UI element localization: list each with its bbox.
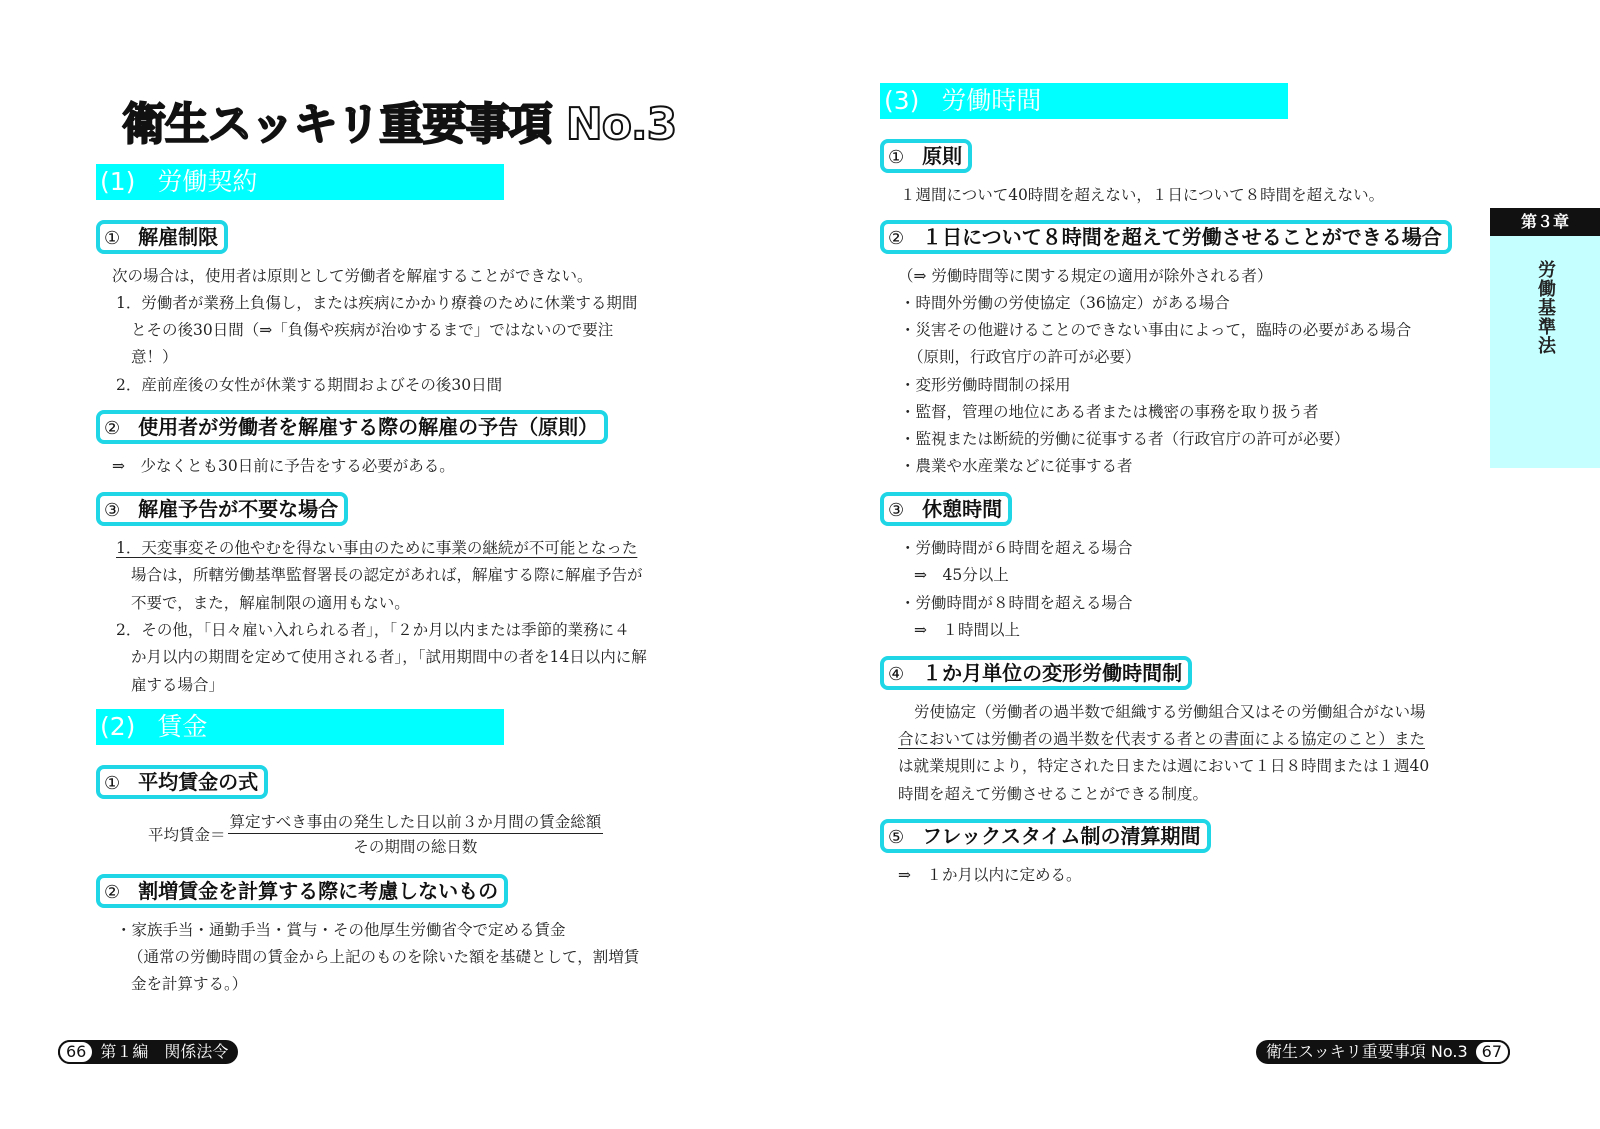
paragraph: １週間について40時間を超えない，１日について８時間を超えない。 <box>900 182 1384 209</box>
paragraph: 次の場合は，使用者は原則として労働者を解雇することができない。 <box>112 263 593 290</box>
footer-running-title: 衛生スッキリ重要事項 No.3 <box>1266 1040 1468 1064</box>
list-item: ・災害その他避けることのできない事由によって，臨時の必要がある場合 <box>900 317 1411 344</box>
chapter-tab: 第３章 労働基準法 <box>1490 208 1600 468</box>
list-item-cont: とその後30日間（⇒「負傷や疾病が治ゆするまで」ではないので要注 <box>131 317 613 344</box>
chapter-title: 労働基準法 <box>1532 260 1558 355</box>
subheading-average-wage-formula: ①平均賃金の式 <box>96 765 268 799</box>
subheading-overtime-cases: ②１日について８時間を超えて労働させることができる場合 <box>880 220 1452 254</box>
subheading-notice-not-required: ③解雇予告が不要な場合 <box>96 492 348 526</box>
average-wage-formula: 平均賃金＝ 算定すべき事由の発生した日以前３か月間の賃金総額 その期間の総日数 <box>148 810 603 857</box>
subheading-principle: ①原則 <box>880 139 972 173</box>
subheading-break-time: ③休憩時間 <box>880 492 1012 526</box>
footer-right: 衛生スッキリ重要事項 No.3 67 <box>1256 1040 1510 1064</box>
subheading-dismissal-notice: ②使用者が労働者を解雇する際の解雇の予告（原則） <box>96 410 608 444</box>
paragraph: 合においては労働者の過半数を代表する者との書面による協定のこと）また <box>898 726 1425 753</box>
list-item: ・変形労働時間制の採用 <box>900 372 1071 399</box>
subheading-monthly-variable-hours: ④１か月単位の変形労働時間制 <box>880 656 1192 690</box>
list-item: ・監視または断続的労働に従事する者（行政官庁の許可が必要） <box>900 426 1350 453</box>
footer-left: 66 第１編 関係法令 <box>58 1040 238 1064</box>
list-item: ・監督，管理の地位にある者または機密の事務を取り扱う者 <box>900 399 1319 426</box>
list-item: ・家族手当・通勤手当・賞与・その他厚生労働省令で定める賃金 <box>116 917 566 944</box>
list-item-cont: か月以内の期間を定めて使用される者」，「試用期間中の者を14日以内に解 <box>131 644 647 671</box>
section-header-wages: (2)賃金 <box>96 709 504 745</box>
subheading-dismissal-restriction: ①解雇制限 <box>96 220 228 254</box>
footer-part-label: 第１編 関係法令 <box>100 1040 228 1064</box>
list-item-cont: 不要で，また，解雇制限の適用もない。 <box>131 590 410 617</box>
page-number: 67 <box>1474 1040 1510 1064</box>
page-number: 66 <box>58 1040 94 1064</box>
list-item: 2．その他，「日々雇い入れられる者」，「２か月以内または季節的業務に４ <box>116 617 630 644</box>
paragraph: ⇒ 少なくとも30日前に予告をする必要がある。 <box>112 453 455 480</box>
paragraph: は就業規則により，特定された日または週において１日８時間または１週40 <box>898 753 1429 780</box>
list-item-cont: 場合は，所轄労働基準監督署長の認定があれば，解雇する際に解雇予告が <box>131 562 643 589</box>
list-item: ・時間外労働の労使協定（36協定）がある場合 <box>900 290 1230 317</box>
list-item-result: ⇒ 45分以上 <box>914 562 1009 589</box>
list-item-result: ⇒ １時間以上 <box>914 617 1020 644</box>
left-page: 衛生スッキリ重要事項 No.3 (1)労働契約 ①解雇制限 次の場合は，使用者は… <box>0 0 800 1129</box>
chapter-number: 第３章 <box>1490 208 1600 236</box>
paragraph: （⇒ 労働時間等に関する規定の適用が除外される者） <box>898 263 1272 290</box>
list-item: 1．天変事変その他やむを得ない事由のために事業の継続が不可能となった <box>116 535 637 562</box>
subheading-premium-wage-exclusions: ②割増賃金を計算する際に考慮しないもの <box>96 874 508 908</box>
paragraph: （通常の労働時間の賃金から上記のものを除いた額を基礎として，割増賃 <box>128 944 639 971</box>
list-item-cont: 意！） <box>131 344 178 371</box>
formula-numerator: 算定すべき事由の発生した日以前３か月間の賃金総額 <box>228 810 604 834</box>
section-header-labor-contract: (1)労働契約 <box>96 164 504 200</box>
list-item: ・労働時間が６時間を超える場合 <box>900 535 1133 562</box>
paragraph: ⇒ １か月以内に定める。 <box>898 862 1082 889</box>
list-item: ・農業や水産業などに従事する者 <box>900 453 1133 480</box>
list-item-cont: 雇する場合」 <box>131 672 224 699</box>
list-item: ・労働時間が８時間を超える場合 <box>900 590 1133 617</box>
page-title: 衛生スッキリ重要事項 No.3 <box>122 88 676 152</box>
paragraph: 労使協定（労働者の過半数で組織する労働組合又はその労働組合がない場 <box>914 699 1426 726</box>
formula-denominator: その期間の総日数 <box>353 834 477 857</box>
list-item: 2．産前産後の女性が休業する期間およびその後30日間 <box>116 372 502 399</box>
list-item: 1．労働者が業務上負傷し，または疾病にかかり療養のために休業する期間 <box>116 290 637 317</box>
list-item-cont: （原則，行政官庁の許可が必要） <box>908 344 1141 371</box>
paragraph: 金を計算する。） <box>131 971 247 998</box>
section-header-working-hours: (3)労働時間 <box>880 83 1288 119</box>
subheading-flextime-settlement: ⑤フレックスタイム制の清算期間 <box>880 819 1211 853</box>
paragraph: 時間を超えて労働させることができる制度。 <box>898 781 1208 808</box>
